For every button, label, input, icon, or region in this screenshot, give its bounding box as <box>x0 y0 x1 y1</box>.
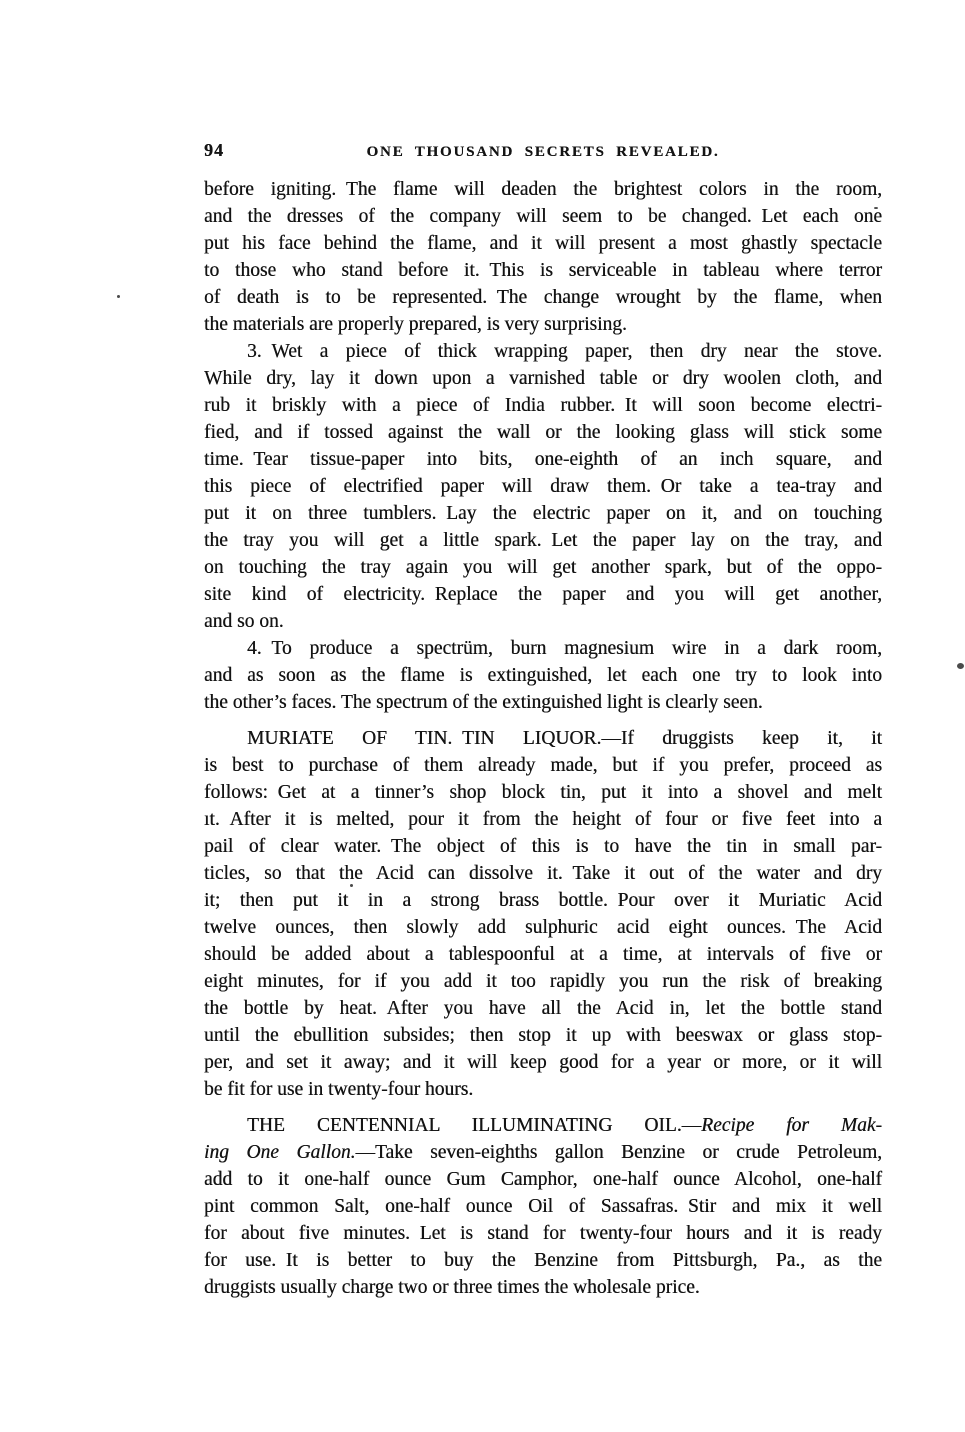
text-line: for about five minutes. Let is stand for… <box>204 1220 882 1247</box>
text-segment: should be added about a tablespoonful at… <box>204 944 882 965</box>
text-segment: it; then put it in a strong brass bottle… <box>204 890 882 911</box>
text-line: ıt. After it is melted, pour it from the… <box>204 806 882 833</box>
text-line: the materials are properly prepared, is … <box>204 311 882 338</box>
text-segment: ıt. After it is melted, pour it from the… <box>204 809 882 830</box>
text-segment: —Take seven-eighths gallon Benzine or cr… <box>355 1142 882 1163</box>
text-segment: twelve ounces, then slowly add sulphuric… <box>204 917 882 938</box>
text-line: 3. Wet a piece of thick wrapping paper, … <box>204 338 882 365</box>
text-segment: the materials are properly prepared, is … <box>204 314 627 335</box>
text-segment: eight minutes, for if you add it too rap… <box>204 971 882 992</box>
text-line: pint common Salt, one-half ounce Oil of … <box>204 1193 882 1220</box>
text-segment: 3. Wet a piece of thick wrapping paper, … <box>247 341 882 362</box>
para-3-electrified-paper: 3. Wet a piece of thick wrapping paper, … <box>204 338 882 635</box>
running-title: ONE THOUSAND SECRETS REVEALED. <box>204 140 882 162</box>
body-text: before igniting. The flame will deaden t… <box>204 176 882 1301</box>
text-line: ing One Gallon.—Take seven-eighths gallo… <box>204 1139 882 1166</box>
text-line: to those who stand before it. This is se… <box>204 257 882 284</box>
text-line: the bottle by heat. After you have all t… <box>204 995 882 1022</box>
para-muriate-of-tin: MURIATE OF TIN. TIN LIQUOR.—If druggists… <box>204 725 882 1103</box>
text-line: and as soon as the flame is extinguished… <box>204 662 882 689</box>
text-segment: rub it briskly with a piece of India rub… <box>204 395 882 416</box>
running-header: 94 ONE THOUSAND SECRETS REVEALED. <box>204 140 882 164</box>
text-segment: pail of clear water. The object of this … <box>204 836 882 857</box>
text-line: on touching the tray again you will get … <box>204 554 882 581</box>
text-segment: put his face behind the flame, and it wi… <box>204 233 882 254</box>
italic-text: ing One Gallon. <box>204 1142 355 1163</box>
text-segment: for about five minutes. Let is stand for… <box>204 1223 882 1244</box>
text-segment: per, and set it away; and it will keep g… <box>204 1052 882 1073</box>
text-line: the tray you will get a little spark. Le… <box>204 527 882 554</box>
text-segment: While dry, lay it down upon a varnished … <box>204 368 882 389</box>
text-segment: for use. It is better to buy the Benzine… <box>204 1250 882 1271</box>
text-segment: this piece of electrified paper will dra… <box>204 476 882 497</box>
text-line: add to it one-half ounce Gum Camphor, on… <box>204 1166 882 1193</box>
text-line: twelve ounces, then slowly add sulphuric… <box>204 914 882 941</box>
text-line: put it on three tumblers. Lay the electr… <box>204 500 882 527</box>
scan-speck <box>350 884 353 887</box>
page-number: 94 <box>204 141 224 159</box>
text-segment: follows: Get at a tinner’s shop block ti… <box>204 782 882 803</box>
text-line: fied, and if tossed against the wall or … <box>204 419 882 446</box>
scan-speck <box>117 295 120 298</box>
text-segment: the other’s faces. The spectrum of the e… <box>204 692 763 713</box>
text-line: MURIATE OF TIN. TIN LIQUOR.—If druggists… <box>204 725 882 752</box>
text-segment: on touching the tray again you will get … <box>204 557 882 578</box>
text-segment: and so on. <box>204 611 284 632</box>
text-line: time. Tear tissue-paper into bits, one-e… <box>204 446 882 473</box>
para-4-spectrum: 4. To produce a spectrüm, burn magnesium… <box>204 635 882 716</box>
text-segment: before igniting. The flame will deaden t… <box>204 179 882 200</box>
scanned-book-page: 94 ONE THOUSAND SECRETS REVEALED. before… <box>0 0 965 1432</box>
text-line: rub it briskly with a piece of India rub… <box>204 392 882 419</box>
text-segment: be fit for use in twenty-four hours. <box>204 1079 473 1100</box>
text-line: druggists usually charge two or three ti… <box>204 1274 882 1301</box>
text-line: and the dresses of the company will seem… <box>204 203 882 230</box>
text-line: per, and set it away; and it will keep g… <box>204 1049 882 1076</box>
text-line: for use. It is better to buy the Benzine… <box>204 1247 882 1274</box>
para-flame-continuation: before igniting. The flame will deaden t… <box>204 176 882 338</box>
para-centennial-illuminating-oil: THE CENTENNIAL ILLUMINATING OIL.—Recipe … <box>204 1112 882 1301</box>
text-segment: the tray you will get a little spark. Le… <box>204 530 882 551</box>
text-segment: until the ebullition subsides; then stop… <box>204 1025 882 1046</box>
text-line: site kind of electricity. Replace the pa… <box>204 581 882 608</box>
text-segment: and the dresses of the company will seem… <box>204 206 882 227</box>
text-line: ticles, so that the Acid can dissolve it… <box>204 860 882 887</box>
text-segment: put it on three tumblers. Lay the electr… <box>204 503 882 524</box>
text-segment: time. Tear tissue-paper into bits, one-e… <box>204 449 882 470</box>
text-line: and so on. <box>204 608 882 635</box>
text-line: until the ebullition subsides; then stop… <box>204 1022 882 1049</box>
text-segment: ticles, so that the Acid can dissolve it… <box>204 863 882 884</box>
text-segment: druggists usually charge two or three ti… <box>204 1277 700 1298</box>
text-segment: add to it one-half ounce Gum Camphor, on… <box>204 1169 882 1190</box>
text-line: follows: Get at a tinner’s shop block ti… <box>204 779 882 806</box>
text-segment: THE CENTENNIAL ILLUMINATING OIL.— <box>247 1115 701 1136</box>
text-segment: pint common Salt, one-half ounce Oil of … <box>204 1196 882 1217</box>
text-segment: the bottle by heat. After you have all t… <box>204 998 882 1019</box>
text-line: While dry, lay it down upon a varnished … <box>204 365 882 392</box>
text-line: put his face behind the flame, and it wi… <box>204 230 882 257</box>
text-line: be fit for use in twenty-four hours. <box>204 1076 882 1103</box>
text-line: should be added about a tablespoonful at… <box>204 941 882 968</box>
text-segment: is best to purchase of them already made… <box>204 755 882 776</box>
text-line: is best to purchase of them already made… <box>204 752 882 779</box>
text-segment: fied, and if tossed against the wall or … <box>204 422 882 443</box>
text-line: 4. To produce a spectrüm, burn magnesium… <box>204 635 882 662</box>
text-segment: site kind of electricity. Replace the pa… <box>204 584 882 605</box>
text-line: of death is to be represented. The chang… <box>204 284 882 311</box>
text-segment: 4. To produce a spectrüm, burn magnesium… <box>247 638 882 659</box>
text-line: this piece of electrified paper will dra… <box>204 473 882 500</box>
scan-speck <box>957 663 964 669</box>
italic-text: Recipe for Mak- <box>701 1115 882 1136</box>
text-line: before igniting. The flame will deaden t… <box>204 176 882 203</box>
text-segment: and as soon as the flame is extinguished… <box>204 665 882 686</box>
text-segment: MURIATE OF TIN. TIN LIQUOR.—If druggists… <box>247 728 882 749</box>
text-line: the other’s faces. The spectrum of the e… <box>204 689 882 716</box>
text-line: it; then put it in a strong brass bottle… <box>204 887 882 914</box>
text-line: eight minutes, for if you add it too rap… <box>204 968 882 995</box>
text-segment: of death is to be represented. The chang… <box>204 287 882 308</box>
text-segment: to those who stand before it. This is se… <box>204 260 882 281</box>
text-line: THE CENTENNIAL ILLUMINATING OIL.—Recipe … <box>204 1112 882 1139</box>
scan-speck <box>874 207 878 209</box>
text-line: pail of clear water. The object of this … <box>204 833 882 860</box>
